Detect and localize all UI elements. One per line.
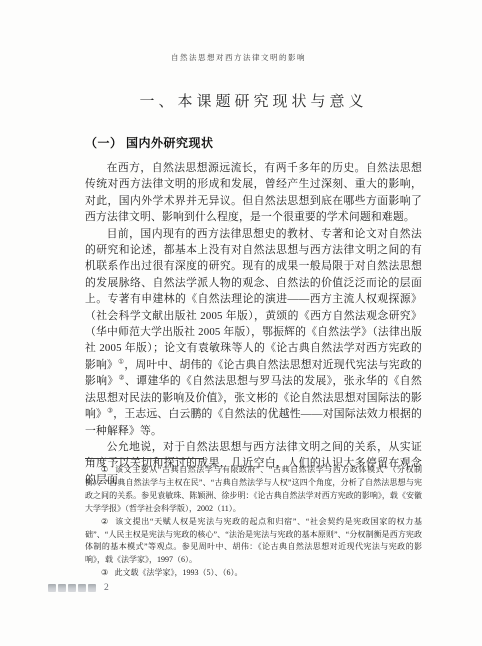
- page-number: 2: [104, 583, 109, 593]
- footnote-1-marker: ①: [101, 465, 109, 474]
- footnote-2-text: 该文提出“天赋人权是宪法与宪政的起点和归宿”、“社会契约是宪政国家的权力基础”、…: [85, 517, 422, 565]
- page-footer: 2: [48, 583, 109, 593]
- body-text: 在西方，自然法思想源远流长，有两千多年的历史。自然法思想传统对西方法律文明的形成…: [85, 160, 422, 488]
- running-head: 自然法思想对西方法律文明的影响: [70, 52, 407, 63]
- footnote-3-text: 此文载《法学家》，1993（5）、（6）。: [115, 568, 243, 577]
- footnote-1: ①该文主要从“古典自然法学与有限政府”、“古典自然法学与西方政体模式”（分权制衡…: [85, 464, 422, 516]
- redacted-block: [88, 584, 96, 593]
- paragraph-2-seg1: 目前，国内现有的西方法律思想史的教材、专著和论文对自然法的研究和论述，都基本上没…: [85, 228, 422, 371]
- footnotes: ①该文主要从“古典自然法学与有限政府”、“古典自然法学与西方政体模式”（分权制衡…: [85, 464, 422, 580]
- footnote-2-marker: ②: [101, 517, 109, 526]
- footnote-1-text: 该文主要从“古典自然法学与有限政府”、“古典自然法学与西方政体模式”（分权制衡）…: [85, 465, 422, 513]
- chapter-title: 一、本课题研究现状与意义: [85, 90, 422, 111]
- redacted-block: [48, 584, 56, 593]
- footnote-2: ②该文提出“天赋人权是宪法与宪政的起点和归宿”、“社会契约是宪政国家的权力基础”…: [85, 516, 422, 568]
- paragraph-2-seg4: ，王志远、白云鹏的《自然法的优越性——对国际法效力根据的一种解释》等。: [85, 408, 422, 436]
- paragraph-2: 目前，国内现有的西方法律思想史的教材、专著和论文对自然法的研究和论述，都基本上没…: [85, 226, 422, 439]
- footnote-3: ③此文载《法学家》，1993（5）、（6）。: [85, 567, 422, 580]
- section-heading: （一） 国内外研究现状: [85, 134, 422, 151]
- redacted-block: [78, 584, 86, 593]
- redacted-block: [58, 584, 66, 593]
- redacted-block: [68, 584, 76, 593]
- footnote-3-marker: ③: [101, 568, 108, 577]
- footnote-separator: [85, 458, 204, 459]
- book-page: 自然法思想对西方法律文明的影响 一、本课题研究现状与意义 （一） 国内外研究现状…: [0, 0, 482, 646]
- paragraph-1: 在西方，自然法思想源远流长，有两千多年的历史。自然法思想传统对西方法律文明的形成…: [85, 160, 422, 226]
